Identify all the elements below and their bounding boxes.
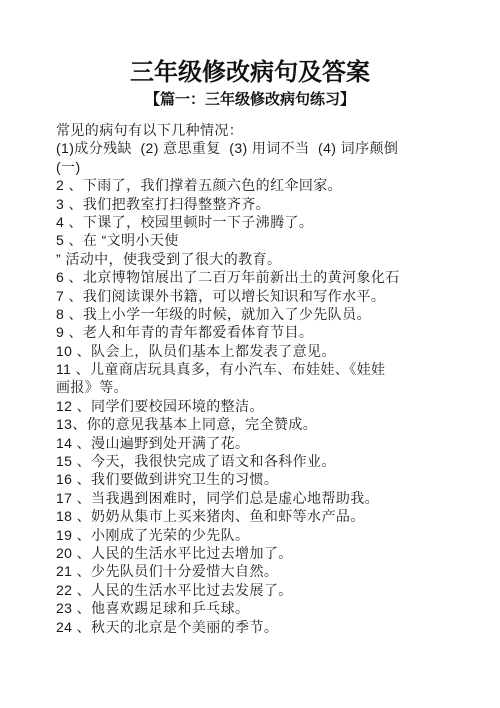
body-line: 19 、小刚成了光荣的少先队。 (56, 526, 472, 544)
document-body: 常见的病句有以下几种情况： (1)成分残缺 (2) 意思重复 (3) 用词不当 … (56, 121, 472, 636)
section-heading: 【篇一：三年级修改病句练习】 (0, 90, 500, 110)
body-line: 16 、我们要做到讲究卫生的习惯。 (56, 470, 472, 488)
body-line: 常见的病句有以下几种情况： (56, 121, 472, 139)
body-line: 24 、秋天的北京是个美丽的季节。 (56, 618, 472, 636)
body-line: 8 、我上小学一年级的时候，就加入了少先队员。 (56, 305, 472, 323)
body-line: 7 、我们阅读课外书籍，可以增长知识和写作水平。 (56, 287, 472, 305)
body-line: 13、你的意见我基本上同意，完全赞成。 (56, 415, 472, 433)
body-line: 15 、今天，我很快完成了语文和各科作业。 (56, 452, 472, 470)
body-line: 11 、儿童商店玩具真多，有小汽车、布娃娃、《娃娃 (56, 360, 472, 378)
body-line: 画报》等。 (56, 378, 472, 396)
body-line: 23 、他喜欢踢足球和乒乓球。 (56, 599, 472, 617)
document-title: 三年级修改病句及答案 (0, 58, 500, 88)
body-line: 9 、老人和年青的青年都爱看体育节目。 (56, 323, 472, 341)
body-line: 10 、队会上，队员们基本上都发表了意见。 (56, 342, 472, 360)
body-line: 18 、奶奶从集市上买来猪肉、鱼和虾等水产品。 (56, 507, 472, 525)
body-line: (一) (56, 158, 472, 176)
body-line: 2 、下雨了，我们撑着五颜六色的红伞回家。 (56, 176, 472, 194)
body-line: 22 、人民的生活水平比过去发展了。 (56, 581, 472, 599)
document-page: 三年级修改病句及答案 【篇一：三年级修改病句练习】 常见的病句有以下几种情况： … (0, 0, 500, 708)
body-line: (1)成分残缺 (2) 意思重复 (3) 用词不当 (4) 词序颠倒 (56, 139, 472, 157)
body-line: 5 、在 “文明小天使 (56, 231, 472, 249)
body-line: 17 、当我遇到困难时，同学们总是虚心地帮助我。 (56, 489, 472, 507)
body-line: 3 、我们把教室打扫得整整齐齐。 (56, 195, 472, 213)
body-line: 6 、北京博物馆展出了二百万年前新出土的黄河象化石 (56, 268, 472, 286)
body-line: 21 、少先队员们十分爱惜大自然。 (56, 562, 472, 580)
body-line: 14 、漫山遍野到处开满了花。 (56, 434, 472, 452)
body-line: 20 、人民的生活水平比过去增加了。 (56, 544, 472, 562)
body-line: 12 、同学们要校园环境的整洁。 (56, 397, 472, 415)
body-line: ” 活动中，使我受到了很大的教育。 (56, 250, 472, 268)
body-line: 4 、下课了，校园里顿时一下子沸腾了。 (56, 213, 472, 231)
